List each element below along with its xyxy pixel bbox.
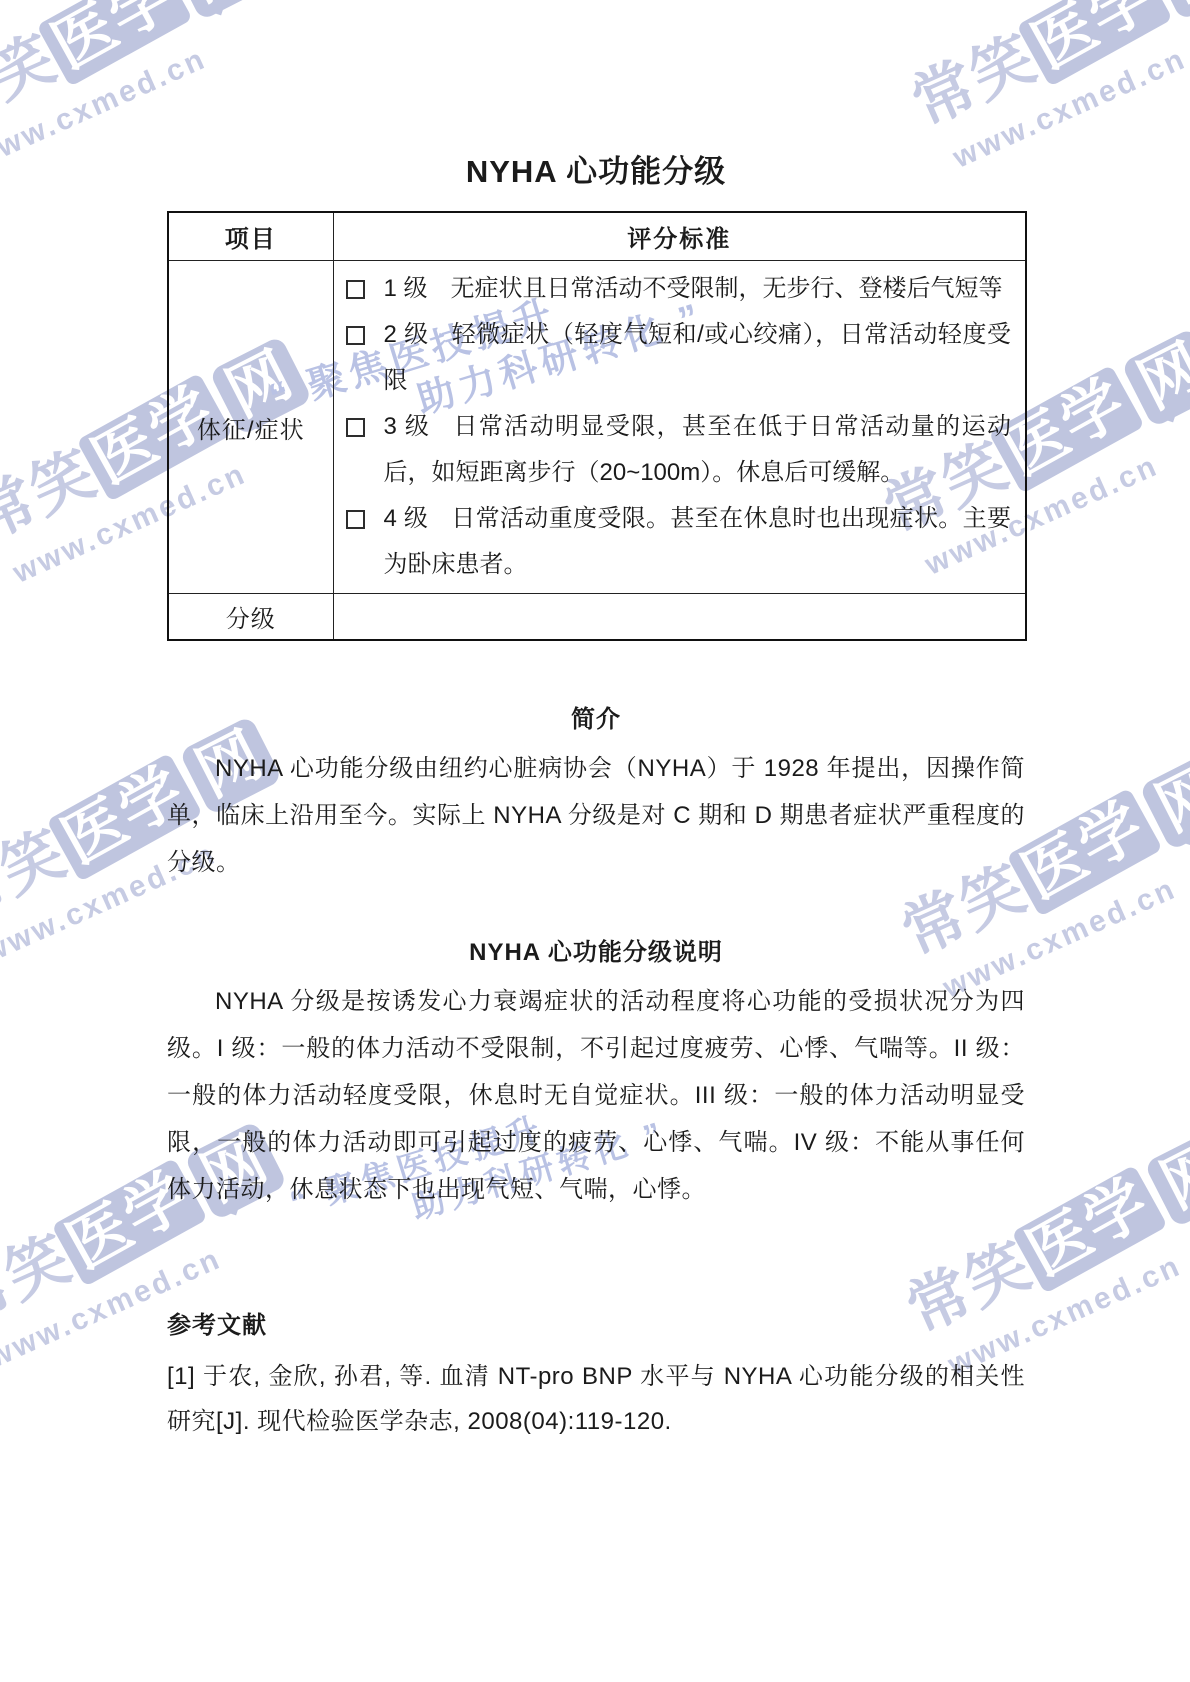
grade-description: 轻微症状（轻度气短和/或心绞痛），日常活动轻度受限	[384, 321, 1012, 394]
table-row-grading: 分级	[168, 594, 1026, 641]
checkbox-icon	[346, 280, 365, 299]
grading-value-cell	[333, 594, 1026, 641]
intro-paragraph: NYHA 心功能分级由纽约心脏病协会（NYHA）于 1928 年提出，因操作简单…	[167, 745, 1025, 886]
criteria-item-grade3: 3 级日常活动明显受限，甚至在低于日常活动量的运动后，如短距离步行（20~100…	[334, 404, 1012, 496]
checkbox-icon	[346, 418, 365, 437]
criteria-item-grade2: 2 级轻微症状（轻度气短和/或心绞痛），日常活动轻度受限	[334, 312, 1012, 404]
intro-heading: 简介	[167, 699, 1025, 734]
row-label-grading: 分级	[168, 594, 333, 641]
criteria-item-grade4: 4 级日常活动重度受限。甚至在休息时也出现症状。主要为卧床患者。	[334, 496, 1012, 588]
explanation-heading: NYHA 心功能分级说明	[167, 932, 1025, 967]
table-row-signs: 体征/症状 1 级无症状且日常活动不受限制，无步行、登楼后气短等 2 级轻微症状…	[168, 261, 1026, 594]
grade-label: 3 级	[384, 413, 431, 440]
grade-label: 2 级	[384, 321, 429, 348]
grade-label: 1 级	[384, 275, 428, 302]
references-heading: 参考文献	[167, 1305, 1025, 1340]
checkbox-icon	[346, 510, 365, 529]
document-content: NYHA 心功能分级 项目 评分标准 体征/症状 1 级无症状且日常活动不受限制…	[0, 0, 1190, 1444]
grade-description: 无症状且日常活动不受限制，无步行、登楼后气短等	[451, 275, 1003, 302]
row-label-signs: 体征/症状	[168, 261, 333, 594]
checkbox-icon	[346, 326, 365, 345]
reference-entry: [1] 于农, 金欣, 孙君, 等. 血清 NT-pro BNP 水平与 NYH…	[167, 1354, 1025, 1444]
criteria-cell: 1 级无症状且日常活动不受限制，无步行、登楼后气短等 2 级轻微症状（轻度气短和…	[333, 261, 1026, 594]
table-header-row: 项目 评分标准	[168, 212, 1026, 261]
column-header-criteria: 评分标准	[333, 212, 1026, 261]
document-page: 常笑医学网 www.cxmed.cn 常笑医学网 www.cxmed.cn 常笑…	[0, 0, 1190, 1682]
grading-table: 项目 评分标准 体征/症状 1 级无症状且日常活动不受限制，无步行、登楼后气短等…	[167, 211, 1027, 641]
grade-description: 日常活动明显受限，甚至在低于日常活动量的运动后，如短距离步行（20~100m）。…	[384, 413, 1012, 486]
page-title: NYHA 心功能分级	[167, 146, 1025, 191]
criteria-item-grade1: 1 级无症状且日常活动不受限制，无步行、登楼后气短等	[334, 266, 1012, 312]
column-header-item: 项目	[168, 212, 333, 261]
grade-description: 日常活动重度受限。甚至在休息时也出现症状。主要为卧床患者。	[384, 505, 1012, 578]
explanation-paragraph: NYHA 分级是按诱发心力衰竭症状的活动程度将心功能的受损状况分为四级。I 级：…	[167, 978, 1025, 1213]
grade-label: 4 级	[384, 505, 429, 532]
